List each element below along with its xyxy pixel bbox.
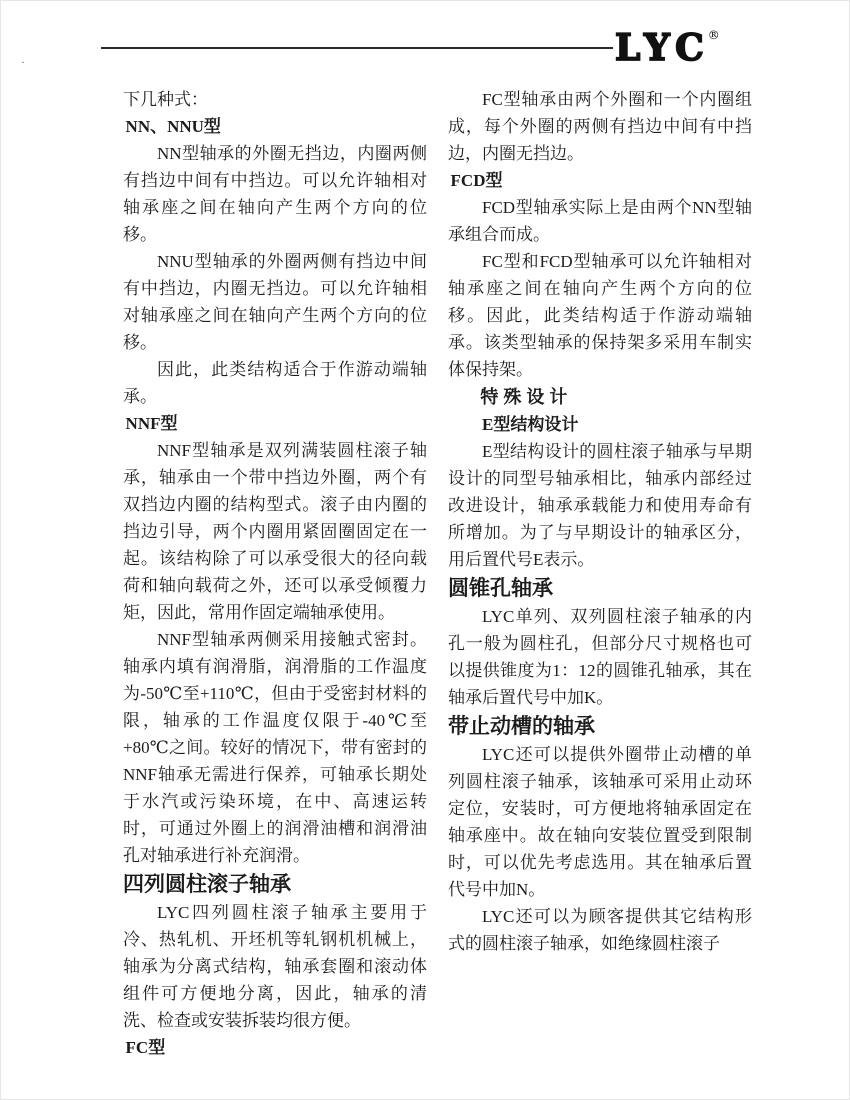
paragraph-tapered-bore: LYC单列、双列圆柱滚子轴承的内孔一般为圆柱孔，但部分尺寸规格也可以提供锥度为1… [448,603,752,711]
header-divider-rule [101,47,613,49]
heading-fc-type: FC型 [123,1034,427,1061]
right-text-column: FC型轴承由两个外圈和一个内圈组成，每个外圈的两侧有挡边中间有中挡边，内圈无挡边… [448,86,752,957]
heading-four-row-cylindrical: 四列圆柱滚子轴承 [123,869,427,899]
paragraph-e-type-design: E型结构设计的圆柱滚子轴承与早期设计的同型号轴承相比，轴承内部经过改进设计，轴承… [448,438,752,573]
paragraph-fc-structure: FC型轴承由两个外圈和一个内圈组成，每个外圈的两侧有挡边中间有中挡边，内圈无挡边… [448,86,752,167]
paragraph-fc-fcd-displacement: FC型和FCD型轴承可以允许轴相对轴承座之间在轴向产生两个方向的位移。因此，此类… [448,248,752,383]
paragraph-floating-end: 因此，此类结构适合于作游动端轴承。 [123,356,427,410]
heading-special-design: 特殊设计 [448,383,752,411]
paragraph-nnf-structure: NNF型轴承是双列满装圆柱滚子轴承，轴承由一个带中挡边外圈，两个有双挡边内圈的结… [123,437,427,626]
continuation-line: 下几种式： [123,86,427,113]
margin-stray-dot: · [21,56,25,68]
lyc-logo-text: LYC [615,27,710,69]
left-text-column: 下几种式： NN、NNU型 NN型轴承的外圈无挡边，内圈两侧有挡边中间有中挡边。… [123,86,427,1061]
paragraph-four-row-usage: LYC四列圆柱滚子轴承主要用于冷、热轧机、开坯机等轧钢机机械上，轴承为分离式结构… [123,899,427,1034]
paragraph-snap-ring-groove: LYC还可以提供外圈带止动槽的单列圆柱滚子轴承，该轴承可采用止动环定位，安装时，… [448,741,752,903]
heading-e-type-design: E型结构设计 [448,411,752,438]
heading-fcd-type: FCD型 [448,167,752,194]
paragraph-nnu-type: NNU型轴承的外圈两侧有挡边中间有中挡边，内圈无挡边。可以允许轴相对轴承座之间在… [123,248,427,356]
heading-nnf-type: NNF型 [123,410,427,437]
heading-tapered-bore-bearing: 圆锥孔轴承 [448,573,752,603]
registered-trademark-mark: ® [708,28,720,42]
heading-nn-nnu-type: NN、NNU型 [123,113,427,140]
paragraph-fcd-composition: FCD型轴承实际上是由两个NN型轴承组合而成。 [448,194,752,248]
paragraph-nnf-seals: NNF型轴承两侧采用接触式密封。轴承内填有润滑脂，润滑脂的工作温度为-50℃至+… [123,626,427,869]
paragraph-other-structures: LYC还可以为顾客提供其它结构形式的圆柱滚子轴承，如绝缘圆柱滚子 [448,903,752,957]
heading-snap-ring-groove-bearing: 带止动槽的轴承 [448,711,752,741]
lyc-logo: LYC® [615,30,722,66]
document-page: { "header": { "logo_text": "LYC", "logo_… [0,0,850,1100]
paragraph-nn-type: NN型轴承的外圈无挡边，内圈两侧有挡边中间有中挡边。可以允许轴相对轴承座之间在轴… [123,140,427,248]
